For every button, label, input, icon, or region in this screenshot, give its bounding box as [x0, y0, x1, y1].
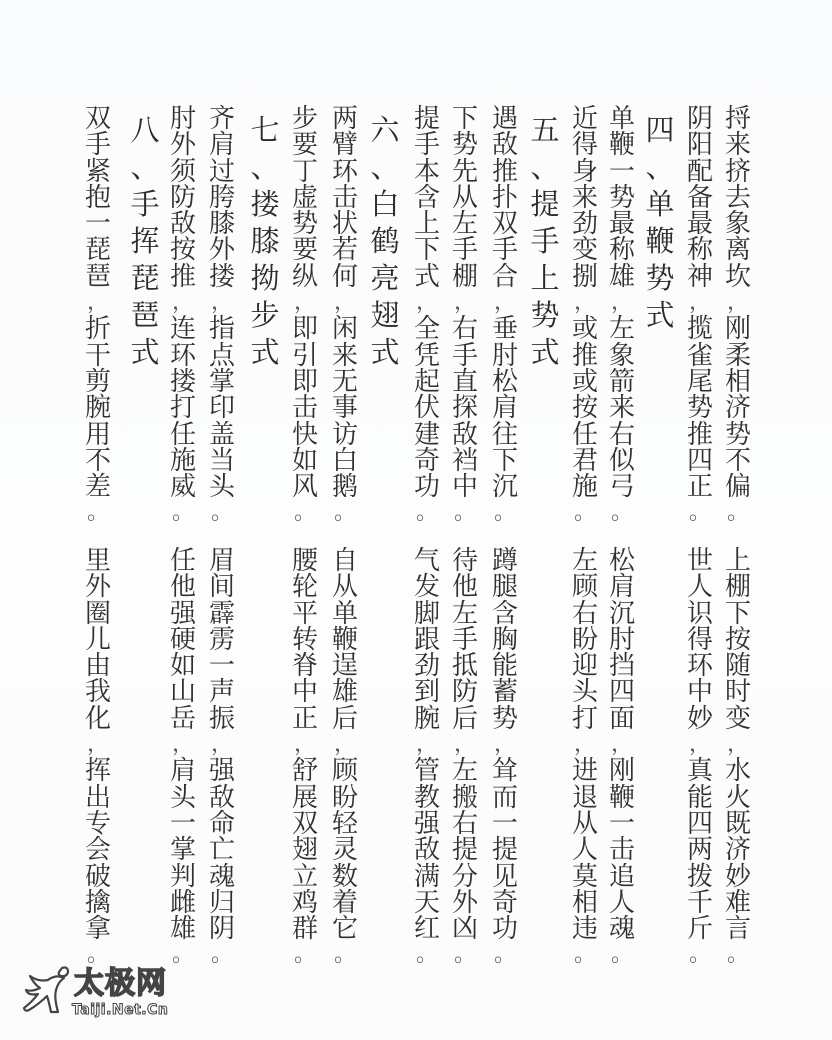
character: 能	[488, 653, 522, 679]
character: 左	[448, 758, 482, 784]
character: 头	[205, 474, 239, 500]
character: 上	[721, 548, 755, 574]
character: 时	[721, 679, 755, 705]
character: 探	[448, 395, 482, 421]
character: 火	[721, 785, 755, 811]
character: 来	[721, 132, 755, 158]
punctuation: 。	[288, 942, 322, 968]
character: 提	[448, 837, 482, 863]
character: 手	[528, 223, 562, 260]
character: 里	[81, 548, 115, 574]
character: 敌	[166, 211, 200, 237]
character: 得	[568, 132, 602, 158]
character: 丁	[288, 159, 322, 185]
character: 右	[568, 601, 602, 627]
punctuation: 。	[410, 942, 444, 968]
verse-column: 遇敌推扑双手合，垂肘松肩往下沉。蹲腿含胸能蓄势，耸而一提见奇功。	[486, 106, 524, 527]
character: 阳	[683, 132, 717, 158]
character: 手	[448, 237, 482, 263]
character: 按	[568, 395, 602, 421]
character: 盖	[205, 422, 239, 448]
character: 顾	[328, 758, 362, 784]
character: 硬	[166, 627, 200, 653]
character: 劲	[568, 211, 602, 237]
character: 引	[288, 343, 322, 369]
character: 凭	[410, 343, 444, 369]
punctuation: ，	[605, 732, 639, 758]
character: 群	[288, 916, 322, 942]
punctuation: ，	[683, 732, 717, 758]
character: 遇	[488, 106, 522, 132]
character: 雄	[328, 679, 362, 705]
character: 随	[721, 653, 755, 679]
character: 肘	[166, 106, 200, 132]
character: 备	[683, 185, 717, 211]
character: 待	[448, 548, 482, 574]
character: 敌	[205, 785, 239, 811]
character: 左	[605, 316, 639, 342]
character: 轻	[328, 811, 362, 837]
character: 翅	[368, 297, 402, 334]
character: 式	[128, 334, 162, 371]
punctuation: ，	[568, 732, 602, 758]
verse-line: 任他强硬如山岳，肩头一掌判雌雄。	[166, 548, 200, 969]
character: 去	[721, 185, 755, 211]
heading-text: 八、手挥琵琶式	[128, 112, 162, 371]
character: 敌	[488, 132, 522, 158]
character: 掌	[166, 837, 200, 863]
verse-line: 眉间霹雳一声振，强敌命亡魂归阴。	[205, 548, 239, 969]
character: 肩	[205, 132, 239, 158]
character: 翅	[288, 837, 322, 863]
character: 捋	[721, 106, 755, 132]
character: 斤	[683, 916, 717, 942]
character: 左	[448, 601, 482, 627]
character: 先	[448, 159, 482, 185]
character: 不	[721, 448, 755, 474]
character: 不	[81, 448, 115, 474]
character: 展	[288, 785, 322, 811]
character: 脊	[288, 653, 322, 679]
character: 称	[605, 237, 639, 263]
character: 神	[683, 264, 717, 290]
character: 沉	[488, 474, 522, 500]
character: 亮	[368, 260, 402, 297]
character: 近	[568, 106, 602, 132]
character: 或	[568, 369, 602, 395]
character: 奇	[410, 448, 444, 474]
character: 防	[166, 185, 200, 211]
character: 两	[328, 106, 362, 132]
verse-column: 双手紧抱一琵琶，折干剪腕用不差。里外圈儿由我化，挥出专会破擒拿。	[79, 106, 117, 527]
character: 莫	[568, 864, 602, 890]
character: 灵	[328, 837, 362, 863]
verse-column: 阴阳配备最称神，揽雀尾势推四正。世人识得环中妙，真能四两拨千斤。	[681, 106, 719, 527]
character: 人	[683, 574, 717, 600]
character: 眉	[205, 548, 239, 574]
character: 配	[683, 159, 717, 185]
punctuation: ，	[488, 290, 522, 316]
character: 着	[328, 890, 362, 916]
character: 捌	[568, 264, 602, 290]
character: 轮	[288, 574, 322, 600]
punctuation: 。	[410, 500, 444, 526]
character: 分	[448, 864, 482, 890]
section-heading: 六、白鹤亮翅式	[366, 112, 404, 371]
character: 称	[683, 237, 717, 263]
character: 即	[288, 369, 322, 395]
character: 气	[410, 548, 444, 574]
character: 式	[410, 264, 444, 290]
punctuation: ，	[81, 290, 115, 316]
character: 归	[205, 890, 239, 916]
punctuation: 。	[288, 500, 322, 526]
character: 盼	[568, 627, 602, 653]
character: 过	[205, 159, 239, 185]
character: 敌	[448, 422, 482, 448]
character: 强	[205, 758, 239, 784]
character: 凶	[448, 916, 482, 942]
character: 手	[128, 186, 162, 223]
character: 拨	[683, 864, 717, 890]
character: 点	[205, 343, 239, 369]
character: 世	[683, 548, 717, 574]
punctuation: 。	[81, 500, 115, 526]
character: 红	[410, 916, 444, 942]
watermark-logo: 太极网 Taiji.Net.Cn	[22, 962, 182, 1020]
character: 下	[448, 106, 482, 132]
character: 振	[205, 706, 239, 732]
punctuation: 、	[368, 149, 402, 186]
character: 七	[248, 112, 282, 149]
character: 连	[166, 316, 200, 342]
character: 鞭	[643, 223, 677, 260]
character: 双	[81, 106, 115, 132]
character: 垂	[488, 316, 522, 342]
character: 他	[448, 574, 482, 600]
character: 差	[81, 474, 115, 500]
character: 右	[605, 422, 639, 448]
character: 阴	[205, 916, 239, 942]
character: 防	[448, 679, 482, 705]
character: 逞	[328, 653, 362, 679]
character: 双	[288, 811, 322, 837]
character: 判	[166, 864, 200, 890]
character: 化	[81, 706, 115, 732]
verse-line: 步要丁虚势要纵，即引即击快如风。	[288, 106, 322, 527]
punctuation: ，	[683, 290, 717, 316]
punctuation: ，	[410, 290, 444, 316]
character: 我	[81, 679, 115, 705]
punctuation: ，	[488, 732, 522, 758]
character: 步	[248, 297, 282, 334]
punctuation: 。	[448, 942, 482, 968]
taiji-dancer-logo-icon	[22, 962, 78, 1018]
character: 任	[568, 422, 602, 448]
verse-line: 气发脚跟劲到腕，管教强敌满天红。	[410, 548, 444, 969]
character: 式	[248, 334, 282, 371]
punctuation: 。	[605, 942, 639, 968]
scanned-page: 捋来挤去象离坎，刚柔相济势不偏。上棚下按随时变，水火既济妙难言。阴阳配备最称神，…	[0, 0, 832, 1040]
character: 来	[605, 395, 639, 421]
punctuation: ，	[721, 732, 755, 758]
character: 阴	[683, 106, 717, 132]
character: 两	[683, 837, 717, 863]
character: 齐	[205, 106, 239, 132]
character: 面	[605, 706, 639, 732]
character: 真	[683, 758, 717, 784]
character: 言	[721, 916, 755, 942]
character: 推	[488, 159, 522, 185]
character: 按	[721, 627, 755, 653]
character: 人	[568, 837, 602, 863]
character: 外	[81, 574, 115, 600]
punctuation: 。	[205, 500, 239, 526]
character: 四	[683, 448, 717, 474]
character: 变	[568, 237, 602, 263]
punctuation: 。	[488, 942, 522, 968]
character: 敌	[410, 837, 444, 863]
character: 势	[288, 211, 322, 237]
punctuation: ，	[205, 732, 239, 758]
character: 腕	[410, 706, 444, 732]
character: 印	[205, 395, 239, 421]
character: 挤	[721, 159, 755, 185]
character: 环	[166, 343, 200, 369]
character: 往	[488, 422, 522, 448]
character: 如	[166, 653, 200, 679]
heading-text: 五、提手上势式	[528, 112, 562, 371]
character: 虚	[288, 185, 322, 211]
punctuation: 。	[568, 500, 602, 526]
verse-line: 阴阳配备最称神，揽雀尾势推四正。	[683, 106, 717, 527]
character: 似	[605, 448, 639, 474]
character: 变	[721, 706, 755, 732]
character: 任	[166, 422, 200, 448]
character: 手	[81, 132, 115, 158]
character: 他	[166, 574, 200, 600]
character: 声	[205, 679, 239, 705]
character: 刚	[721, 316, 755, 342]
character: 击	[605, 837, 639, 863]
character: 搂	[166, 369, 200, 395]
character: 按	[166, 237, 200, 263]
verse-line: 里外圈儿由我化，挥出专会破擒拿。	[81, 548, 115, 969]
character: 状	[328, 211, 362, 237]
character: 直	[448, 369, 482, 395]
character: 最	[605, 211, 639, 237]
punctuation: 、	[643, 149, 677, 186]
character: 松	[605, 548, 639, 574]
character: 手	[448, 343, 482, 369]
verse-column: 两臂环击状若何，闲来无事访白鹅。自从单鞭逞雄后，顾盼轻灵数着它。	[326, 106, 364, 527]
verse-column: 单鞭一势最称雄，左象箭来右似弓。松肩沉肘挡四面，刚鞭一击追人魂。	[603, 106, 641, 527]
character: 身	[568, 159, 602, 185]
character: 柔	[721, 343, 755, 369]
character: 鞭	[605, 785, 639, 811]
verse-line: 肘外须防敌按推，连环搂打任施威。	[166, 106, 200, 527]
character: 尾	[683, 369, 717, 395]
character: 济	[721, 395, 755, 421]
character: 会	[81, 837, 115, 863]
punctuation: ，	[721, 290, 755, 316]
character: 拿	[81, 916, 115, 942]
character: 式	[528, 334, 562, 371]
character: 平	[288, 601, 322, 627]
character: 头	[568, 679, 602, 705]
verse-line: 自从单鞭逞雄后，顾盼轻灵数着它。	[328, 548, 362, 969]
character: 手	[410, 132, 444, 158]
character: 由	[81, 653, 115, 679]
character: 箭	[605, 369, 639, 395]
character: 发	[410, 574, 444, 600]
verse-line: 待他左手抵防后，左搬右提分外凶。	[448, 548, 482, 969]
character: 肩	[605, 574, 639, 600]
character: 满	[410, 864, 444, 890]
punctuation: 、	[248, 149, 282, 186]
character: 它	[328, 916, 362, 942]
section-heading: 四、单鞭势式	[641, 112, 679, 334]
character: 全	[410, 316, 444, 342]
punctuation: 。	[448, 500, 482, 526]
verse-line: 提手本含上下式，全凭起伏建奇功。	[410, 106, 444, 527]
character: 腰	[288, 548, 322, 574]
character: 闲	[328, 316, 362, 342]
character: 专	[81, 811, 115, 837]
character: 君	[568, 448, 602, 474]
character: 含	[410, 185, 444, 211]
character: 推	[568, 343, 602, 369]
verse-column: 齐肩过胯膝外搂，指点掌印盖当头。眉间霹雳一声振，强敌命亡魂归阴。	[203, 106, 241, 527]
character: 裆	[448, 448, 482, 474]
character: 打	[166, 395, 200, 421]
character: 棚	[448, 264, 482, 290]
character: 左	[448, 211, 482, 237]
character: 头	[166, 785, 200, 811]
verse-line: 两臂环击状若何，闲来无事访白鹅。	[328, 106, 362, 527]
punctuation: 。	[205, 942, 239, 968]
verse-line: 双手紧抱一琵琶，折干剪腕用不差。	[81, 106, 115, 527]
punctuation: ，	[288, 732, 322, 758]
character: 施	[166, 448, 200, 474]
character: 六	[368, 112, 402, 149]
punctuation: 。	[488, 500, 522, 526]
character: 掌	[205, 369, 239, 395]
character: 后	[448, 706, 482, 732]
punctuation: ，	[448, 732, 482, 758]
character: 环	[683, 653, 717, 679]
character: 当	[205, 448, 239, 474]
character: 挥	[128, 223, 162, 260]
character: 肘	[605, 627, 639, 653]
verse-line: 近得身来劲变捌，或推或按任君施。	[568, 106, 602, 527]
character: 胯	[205, 185, 239, 211]
character: 即	[288, 316, 322, 342]
character: 到	[410, 679, 444, 705]
character: 雄	[605, 264, 639, 290]
character: 鸡	[288, 890, 322, 916]
character: 臂	[328, 132, 362, 158]
character: 间	[205, 574, 239, 600]
character: 剪	[81, 369, 115, 395]
character: 顾	[568, 574, 602, 600]
verse-line: 齐肩过胯膝外搂，指点掌印盖当头。	[205, 106, 239, 527]
character: 儿	[81, 627, 115, 653]
character: 含	[488, 601, 522, 627]
character: 从	[448, 185, 482, 211]
character: 肘	[488, 343, 522, 369]
character: 势	[643, 260, 677, 297]
character: 手	[448, 627, 482, 653]
character: 须	[166, 159, 200, 185]
character: 来	[328, 343, 362, 369]
character: 腕	[81, 395, 115, 421]
verse-line: 遇敌推扑双手合，垂肘松肩往下沉。	[488, 106, 522, 527]
character: 膝	[248, 223, 282, 260]
character: 数	[328, 864, 362, 890]
character: 快	[288, 422, 322, 448]
character: 中	[288, 679, 322, 705]
character: 难	[721, 890, 755, 916]
punctuation: ，	[328, 732, 362, 758]
character: 搂	[248, 186, 282, 223]
character: 命	[205, 811, 239, 837]
character: 坎	[721, 264, 755, 290]
character: 蓄	[488, 679, 522, 705]
character: 见	[488, 864, 522, 890]
verse-line: 世人识得环中妙，真能四两拨千斤。	[683, 548, 717, 969]
character: 功	[410, 474, 444, 500]
verse-column: 肘外须防敌按推，连环搂打任施威。任他强硬如山岳，肩头一掌判雌雄。	[164, 106, 202, 527]
character: 单	[643, 186, 677, 223]
punctuation: ，	[568, 290, 602, 316]
punctuation: ，	[328, 290, 362, 316]
character: 琵	[81, 237, 115, 263]
character: 中	[683, 679, 717, 705]
character: 相	[568, 890, 602, 916]
punctuation: 。	[721, 500, 755, 526]
character: 跟	[410, 627, 444, 653]
punctuation: 。	[568, 942, 602, 968]
character: 进	[568, 758, 602, 784]
character: 紧	[81, 159, 115, 185]
punctuation: ，	[166, 732, 200, 758]
character: 抱	[81, 185, 115, 211]
character: 强	[166, 601, 200, 627]
character: 识	[683, 601, 717, 627]
character: 转	[288, 627, 322, 653]
character: 无	[328, 369, 362, 395]
character: 起	[410, 369, 444, 395]
character: 事	[328, 395, 362, 421]
character: 得	[683, 627, 717, 653]
character: 势	[488, 706, 522, 732]
character: 四	[643, 112, 677, 149]
character: 势	[605, 185, 639, 211]
verse-column: 近得身来劲变捌，或推或按任君施。左顾右盼迎头打，进退从人莫相违。	[566, 106, 604, 527]
character: 正	[288, 706, 322, 732]
character: 一	[166, 811, 200, 837]
character: 亡	[205, 837, 239, 863]
character: 鹅	[328, 474, 362, 500]
character: 上	[528, 260, 562, 297]
character: 本	[410, 159, 444, 185]
character: 松	[488, 369, 522, 395]
character: 击	[288, 395, 322, 421]
character: 从	[568, 811, 602, 837]
character: 雀	[683, 343, 717, 369]
character: 揽	[683, 316, 717, 342]
